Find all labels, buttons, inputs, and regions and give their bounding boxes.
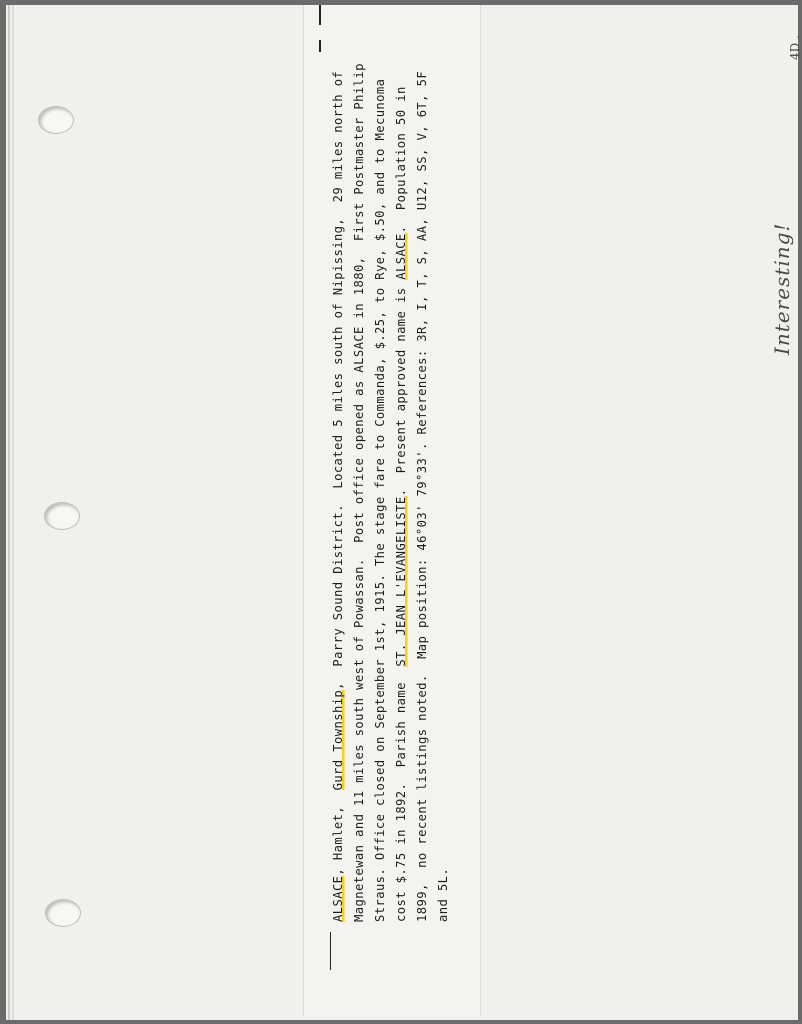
text-run: Magnetewan and 11 miles south west of Po… <box>352 63 366 922</box>
text-line: and 5L. <box>433 42 454 922</box>
text-line: cost $.75 in 1892. Parish name ST. JEAN … <box>391 42 412 922</box>
punch-hole-bottom <box>45 899 81 927</box>
text-line: ALSACE, Hamlet, Gurd Township, Parry Sou… <box>328 42 349 922</box>
text-run: . Present approved name is <box>394 280 408 497</box>
margin-mark-top <box>319 5 321 25</box>
margin-mark-bottom <box>330 932 331 970</box>
entry-text: ALSACE, Hamlet, Gurd Township, Parry Sou… <box>328 42 454 922</box>
text-run: 1899, no recent listings noted. Map posi… <box>415 71 429 922</box>
highlighted-text: ALSACE <box>331 876 345 922</box>
punch-hole-middle <box>44 502 80 530</box>
text-line: 1899, no recent listings noted. Map posi… <box>412 42 433 922</box>
text-run: , <box>331 790 345 813</box>
text-line: Straus. Office closed on September 1st, … <box>370 42 391 922</box>
highlighted-text: ALSACE <box>394 233 408 279</box>
page-edge-shadow <box>8 5 10 1020</box>
text-run: , <box>331 860 345 875</box>
page-edge <box>12 5 14 1020</box>
handwritten-note: Interesting! <box>770 223 794 355</box>
corner-note: 4D . <box>788 35 802 60</box>
text-run: , Parry Sound District. Located 5 miles … <box>331 71 345 690</box>
text-run: Hamlet <box>331 814 345 860</box>
punch-hole-top <box>38 106 74 134</box>
text-line: Magnetewan and 11 miles south west of Po… <box>349 42 370 922</box>
text-run: . Population 50 in <box>394 86 408 233</box>
text-run: and 5L. <box>436 868 450 922</box>
text-run: cost $.75 in 1892. Parish name <box>394 667 408 922</box>
highlighted-text: ST. JEAN L'EVANGELISTE <box>394 496 408 666</box>
text-run: Straus. Office closed on September 1st, … <box>373 79 387 922</box>
margin-mark-top-2 <box>319 40 321 52</box>
highlighted-text: Gurd Township <box>331 690 345 791</box>
